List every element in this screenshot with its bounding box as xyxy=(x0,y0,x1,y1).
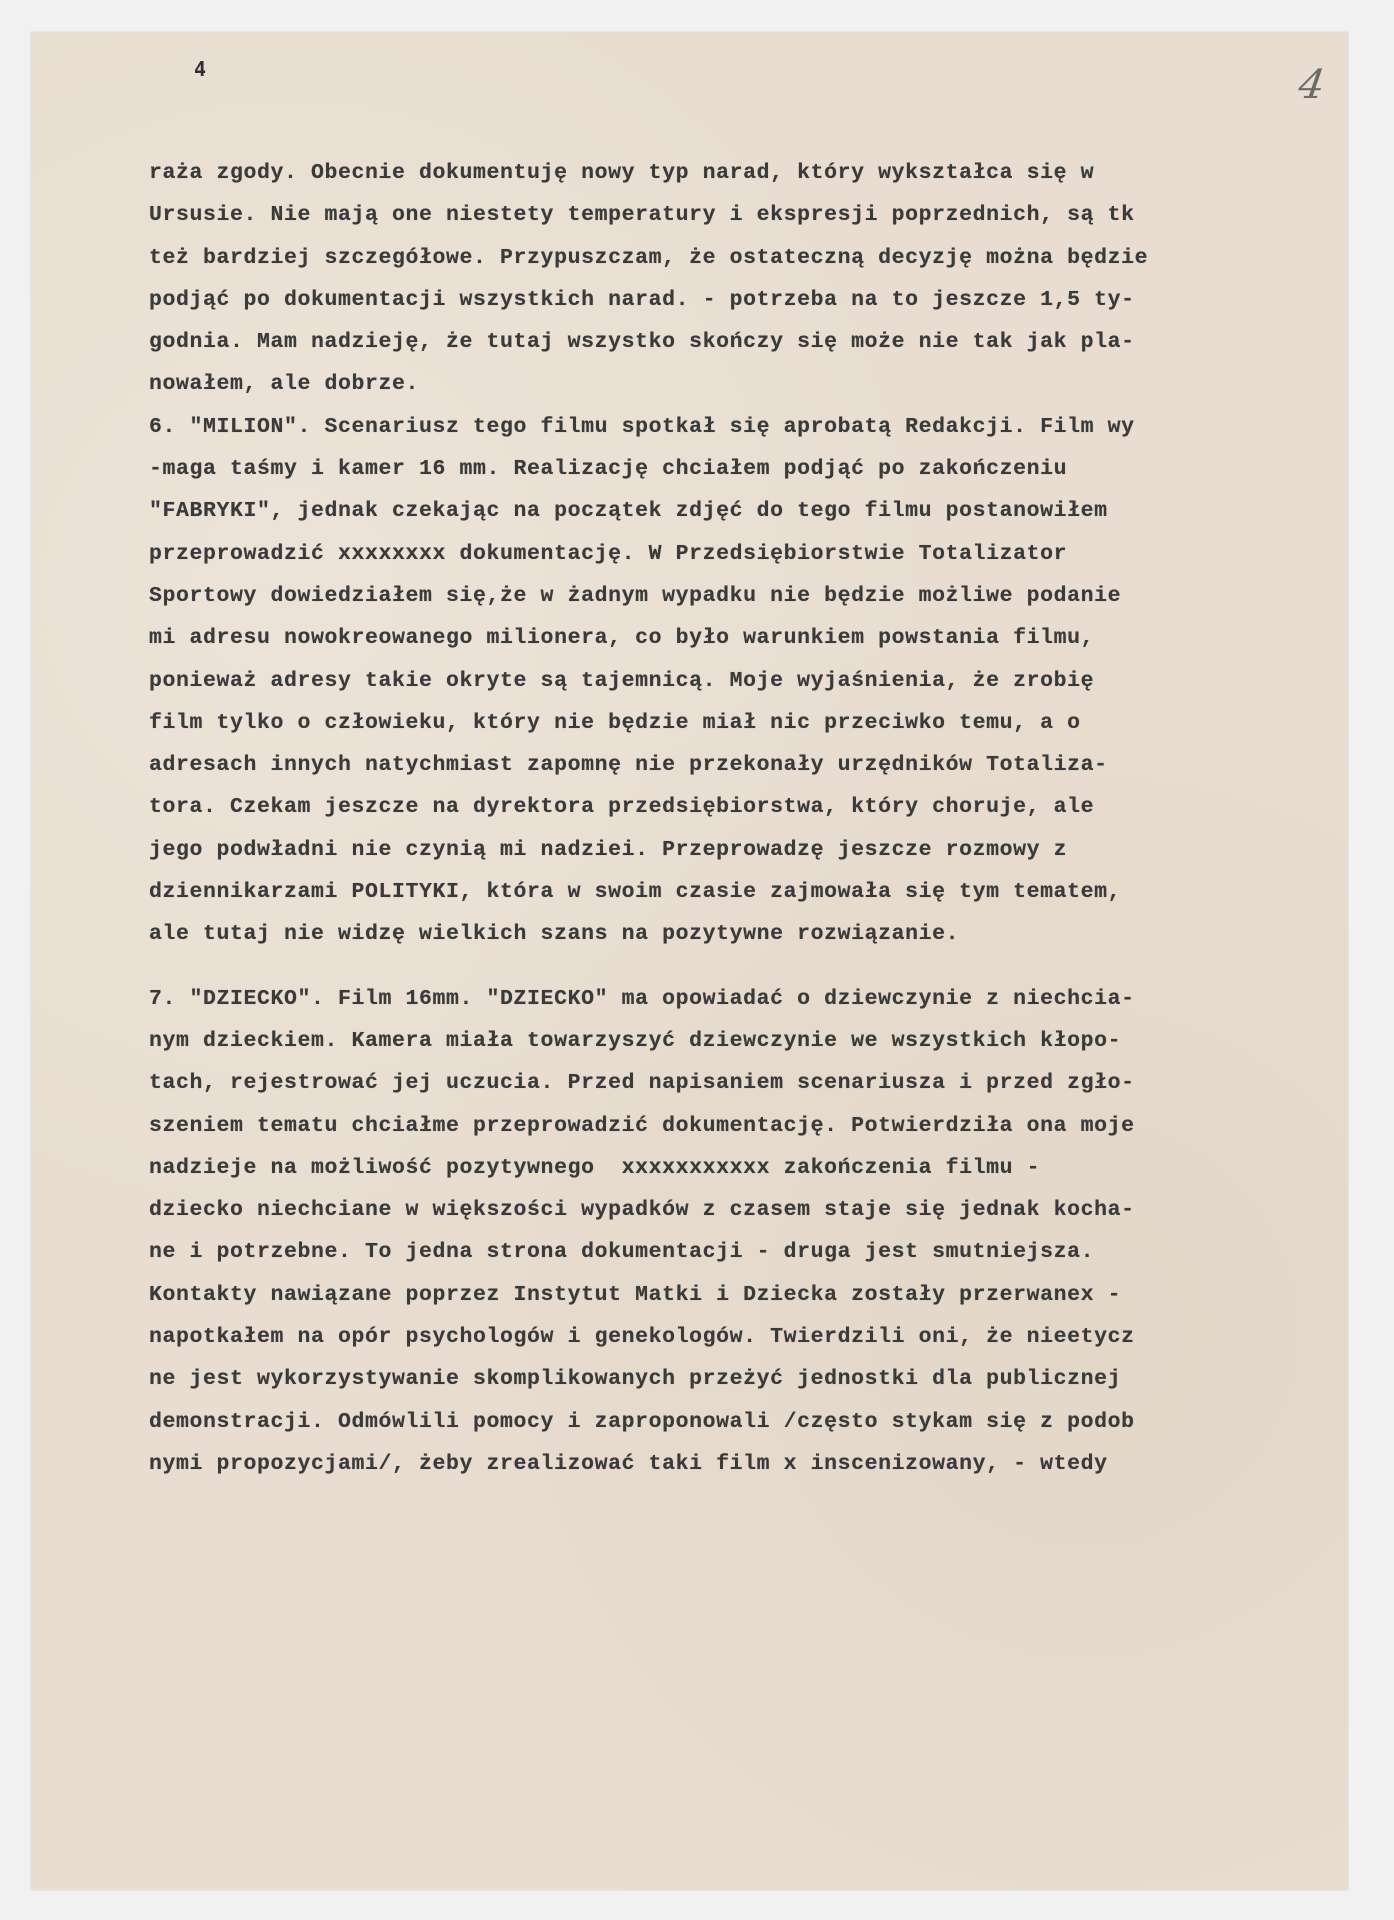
handwritten-archive-mark: 4 xyxy=(1296,62,1328,108)
text-line: mi adresu nowokreowanego milionera, co b… xyxy=(149,617,1349,659)
text-line: jego podwładni nie czynią mi nadziei. Pr… xyxy=(149,829,1349,871)
paragraph-spacer xyxy=(149,956,1349,978)
text-line: napotkałem na opór psychologów i genekol… xyxy=(149,1316,1349,1358)
text-line: nowałem, ale dobrze. xyxy=(149,363,1349,405)
text-line: też bardziej szczegółowe. Przypuszczam, … xyxy=(149,237,1349,279)
text-line: przeprowadzić xxxxxxxx dokumentację. W P… xyxy=(149,533,1349,575)
text-line: tach, rejestrować jej uczucia. Przed nap… xyxy=(149,1062,1349,1104)
text-line: ale tutaj nie widzę wielkich szans na po… xyxy=(149,913,1349,955)
document-body: raża zgody. Obecnie dokumentuję nowy typ… xyxy=(149,152,1349,1485)
page-number: 4 xyxy=(194,57,206,81)
text-line: nym dzieckiem. Kamera miała towarzyszyć … xyxy=(149,1020,1349,1062)
text-line: tora. Czekam jeszcze na dyrektora przeds… xyxy=(149,786,1349,828)
text-line: adresach innych natychmiast zapomnę nie … xyxy=(149,744,1349,786)
text-line: podjąć po dokumentacji wszystkich narad.… xyxy=(149,279,1349,321)
paragraph-section-6-milion: 6. "MILION". Scenariusz tego filmu spotk… xyxy=(149,406,1349,956)
text-line: film tylko o człowieku, który nie będzie… xyxy=(149,702,1349,744)
text-line: dziennikarzami POLITYKI, która w swoim c… xyxy=(149,871,1349,913)
typewritten-page: 4 4 raża zgody. Obecnie dokumentuję nowy… xyxy=(31,32,1348,1890)
paragraph-section-7-dziecko: 7. "DZIECKO". Film 16mm. "DZIECKO" ma op… xyxy=(149,978,1349,1486)
text-line: ne i potrzebne. To jedna strona dokument… xyxy=(149,1231,1349,1273)
text-line: nymi propozycjami/, żeby zrealizować tak… xyxy=(149,1443,1349,1485)
text-line: Sportowy dowiedziałem się,że w żadnym wy… xyxy=(149,575,1349,617)
text-line: "FABRYKI", jednak czekając na początek z… xyxy=(149,490,1349,532)
paragraph-continuation: raża zgody. Obecnie dokumentuję nowy typ… xyxy=(149,152,1349,406)
section-heading-line: 6. "MILION". Scenariusz tego filmu spotk… xyxy=(149,406,1349,448)
text-line: godnia. Mam nadzieję, że tutaj wszystko … xyxy=(149,321,1349,363)
text-line: szeniem tematu chciałme przeprowadzić do… xyxy=(149,1105,1349,1147)
text-line: demonstracji. Odmówlili pomocy i zapropo… xyxy=(149,1401,1349,1443)
text-line: ne jest wykorzystywanie skomplikowanych … xyxy=(149,1358,1349,1400)
text-line: dziecko niechciane w większości wypadków… xyxy=(149,1189,1349,1231)
text-line: Ursusie. Nie mają one niestety temperatu… xyxy=(149,194,1349,236)
text-line: ponieważ adresy takie okryte są tajemnic… xyxy=(149,660,1349,702)
section-heading-line: 7. "DZIECKO". Film 16mm. "DZIECKO" ma op… xyxy=(149,978,1349,1020)
text-line: raża zgody. Obecnie dokumentuję nowy typ… xyxy=(149,152,1349,194)
text-line: -maga taśmy i kamer 16 mm. Realizację ch… xyxy=(149,448,1349,490)
text-line: nadzieje na możliwość pozytywnego xxxxxx… xyxy=(149,1147,1349,1189)
text-line: Kontakty nawiązane poprzez Instytut Matk… xyxy=(149,1274,1349,1316)
